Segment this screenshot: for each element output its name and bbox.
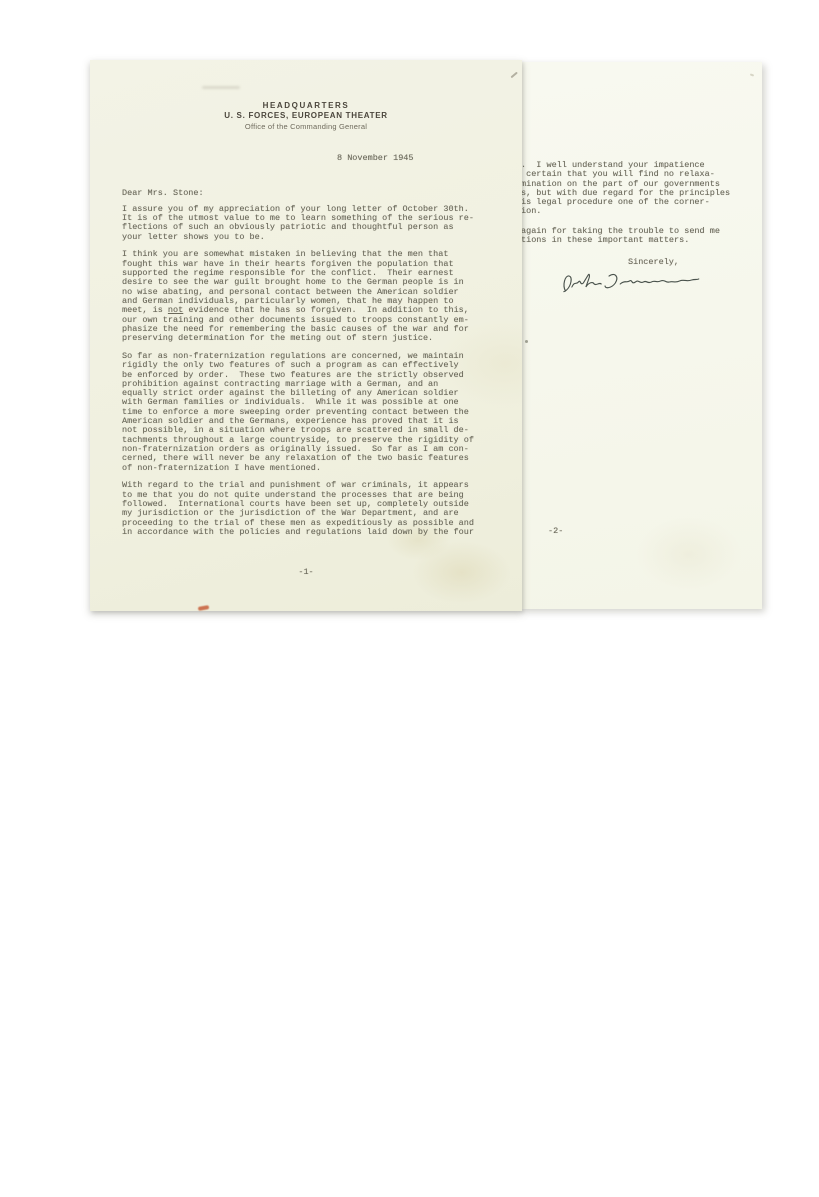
- salutation: Dear Mrs. Stone:: [122, 189, 484, 198]
- paper-smudge: [202, 86, 240, 89]
- paper-speck: [750, 73, 754, 76]
- letter-body: Dear Mrs. Stone: I assure you of my appr…: [122, 189, 484, 546]
- paragraph-3: So far as non-fraternization regulations…: [122, 352, 484, 473]
- red-pencil-mark: [198, 605, 209, 610]
- letterhead-line-1: HEADQUARTERS: [90, 101, 522, 111]
- paragraph-1: I assure you of my appreciation of your …: [122, 205, 484, 242]
- paper-speck: [525, 340, 528, 343]
- page2-number: -2-: [548, 527, 563, 536]
- paper-crease-mark: [510, 72, 517, 78]
- page2-paragraph-fragment-1: . I well understand your impatience cert…: [521, 161, 730, 217]
- paragraph-4: With regard to the trial and punishment …: [122, 481, 484, 537]
- page2-paragraph-fragment-2: again for taking the trouble to send me …: [521, 227, 720, 246]
- letter-page-1: HEADQUARTERS U. S. FORCES, EUROPEAN THEA…: [90, 60, 522, 611]
- eisenhower-signature: [554, 267, 710, 303]
- letterhead: HEADQUARTERS U. S. FORCES, EUROPEAN THEA…: [90, 101, 522, 132]
- closing-sincerely: Sincerely,: [628, 258, 679, 267]
- letterhead-line-2: U. S. FORCES, EUROPEAN THEATER: [90, 111, 522, 121]
- document-photo-background: . I well understand your impatience cert…: [0, 0, 819, 1197]
- letter-date: 8 November 1945: [337, 154, 414, 163]
- page1-number: -1-: [90, 568, 522, 577]
- signature-strokes: [563, 274, 699, 291]
- letter-page-2: . I well understand your impatience cert…: [518, 62, 762, 609]
- letterhead-line-3: Office of the Commanding General: [90, 121, 522, 132]
- paragraph-2: I think you are somewhat mistaken in bel…: [122, 250, 484, 343]
